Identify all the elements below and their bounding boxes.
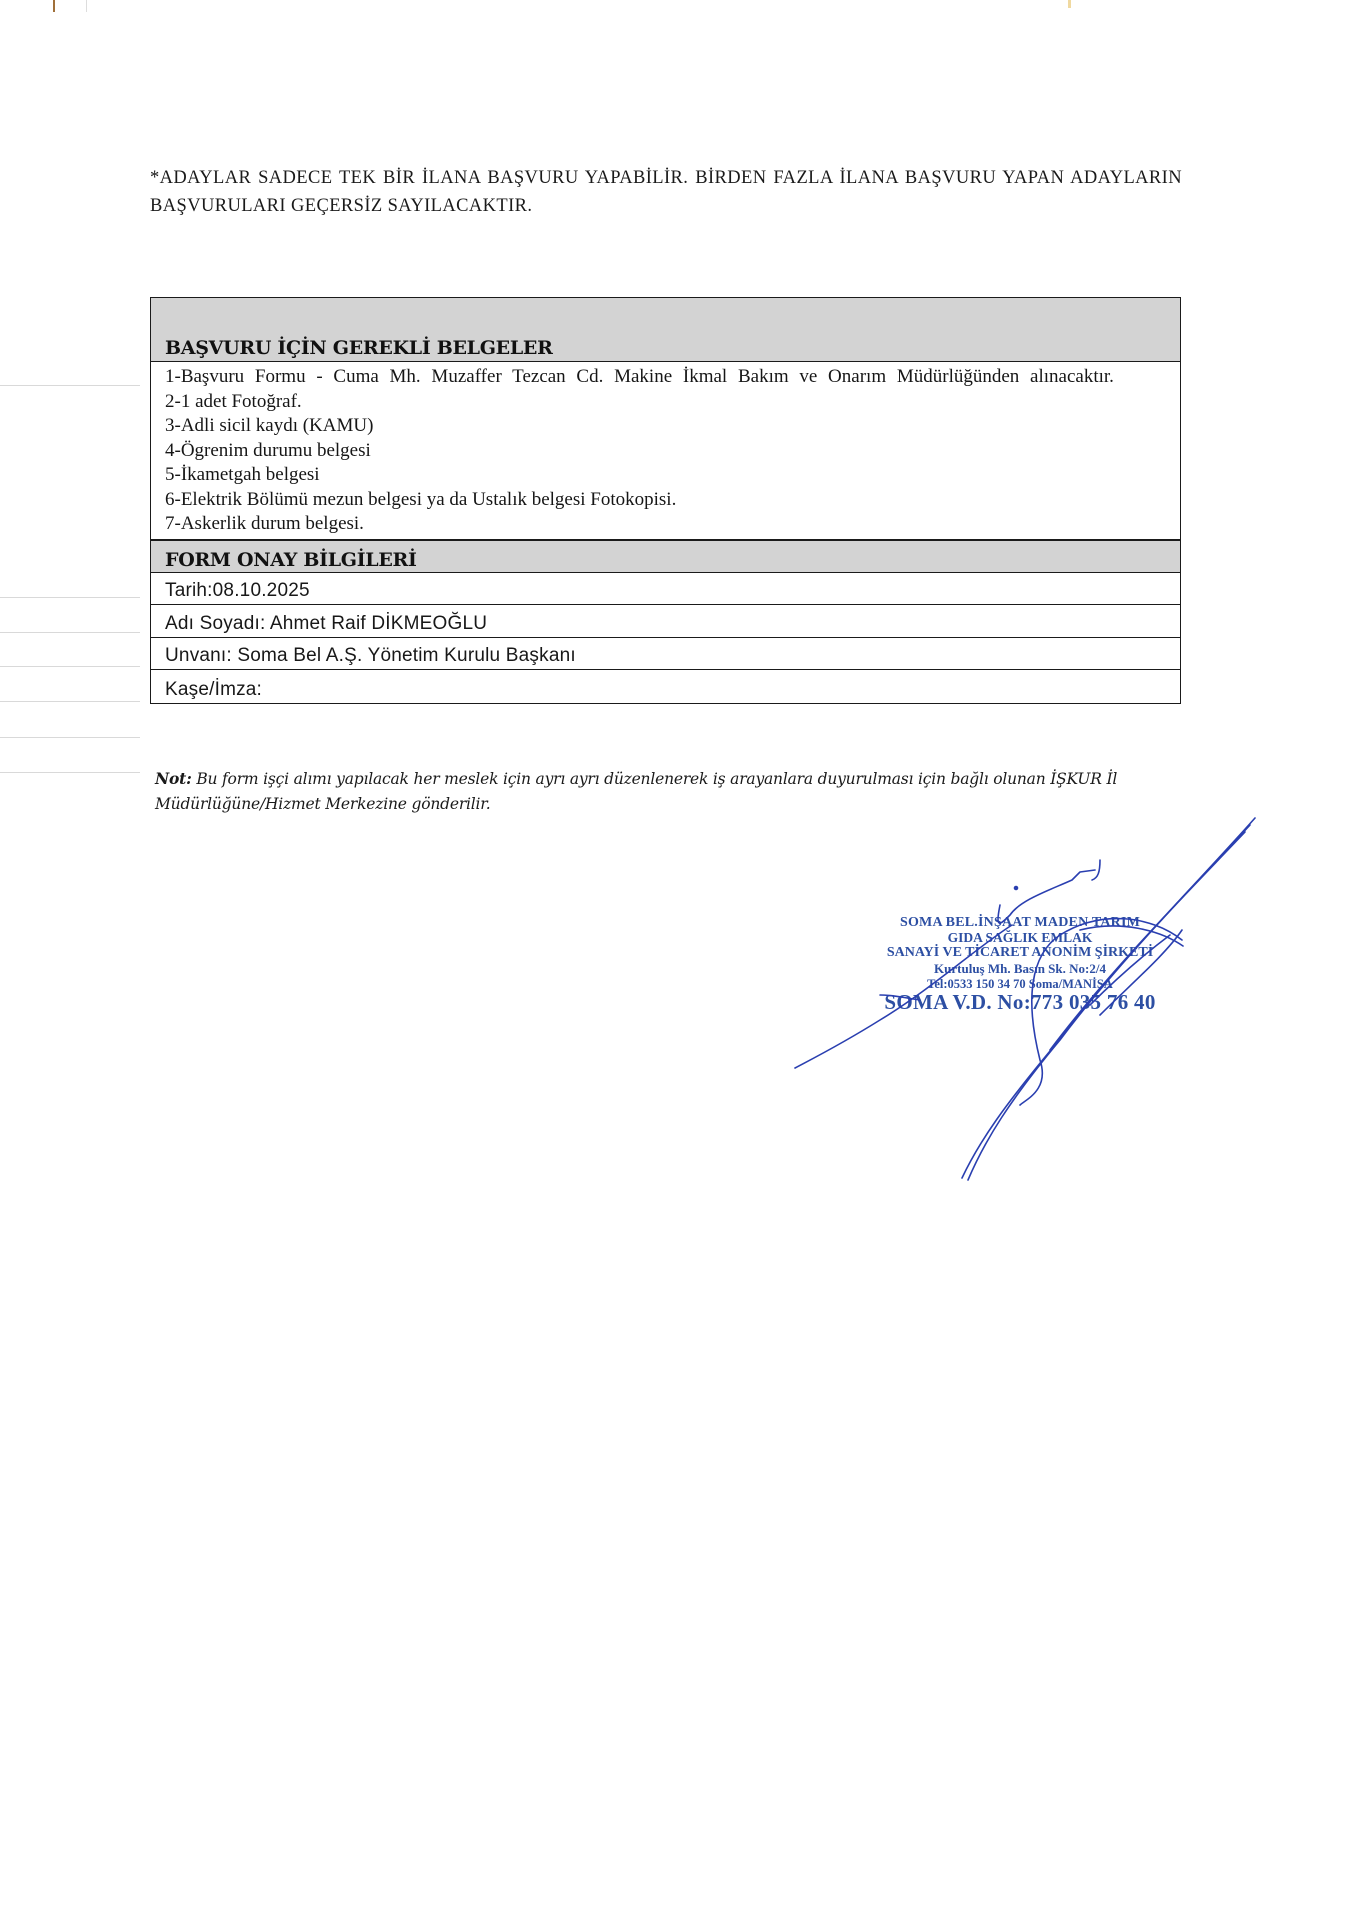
- stamp-line: SOMA BEL.İNŞAAT MADEN TARIM: [855, 916, 1185, 930]
- scan-edge-mark: [86, 0, 87, 12]
- scan-edge-mark: [1068, 0, 1071, 8]
- approval-date: Tarih:08.10.2025: [151, 573, 1180, 606]
- bleed-through-mark: [0, 597, 140, 598]
- stamp-line: GIDA SAĞLIK EMLAK: [855, 931, 1185, 945]
- stamp-line: Kurtuluş Mh. Basın Sk. No:2/4: [855, 962, 1185, 975]
- bleed-through-mark: [0, 385, 140, 386]
- document-item: 7-Askerlik durum belgesi.: [165, 512, 1168, 537]
- bleed-through-mark: [0, 737, 140, 738]
- document-item: 2-1 adet Fotoğraf.: [165, 390, 1168, 415]
- required-documents-list: 1-Başvuru Formu - Cuma Mh. Muzaffer Tezc…: [151, 362, 1180, 539]
- application-notice: *ADAYLAR SADECE TEK BİR İLANA BAŞVURU YA…: [150, 164, 1182, 220]
- footnote-text: Bu form işçi alımı yapılacak her meslek …: [155, 770, 1117, 813]
- required-documents-header: BAŞVURU İÇİN GEREKLİ BELGELER: [151, 298, 1180, 362]
- bleed-through-mark: [0, 701, 140, 702]
- footnote: Not: Bu form işçi alımı yapılacak her me…: [155, 766, 1195, 817]
- requirements-table: BAŞVURU İÇİN GEREKLİ BELGELER 1-Başvuru …: [150, 297, 1181, 704]
- approver-name: Adı Soyadı: Ahmet Raif DİKMEOĞLU: [151, 605, 1180, 638]
- bleed-through-mark: [0, 772, 140, 773]
- approver-title: Unvanı: Soma Bel A.Ş. Yönetim Kurulu Baş…: [151, 638, 1180, 671]
- footnote-label: Not:: [155, 769, 192, 788]
- document-item: 1-Başvuru Formu - Cuma Mh. Muzaffer Tezc…: [165, 365, 1168, 390]
- document-item: 6-Elektrik Bölümü mezun belgesi ya da Us…: [165, 488, 1168, 513]
- stamp-line: SOMA V.D. No:773 035 76 40: [855, 992, 1185, 1013]
- stamp-signature-field: Kaşe/İmza:: [151, 670, 1180, 703]
- form-approval-header: FORM ONAY BİLGİLERİ: [151, 539, 1180, 573]
- company-stamp: SOMA BEL.İNŞAAT MADEN TARIM GIDA SAĞLIK …: [855, 916, 1185, 1013]
- document-item: 3-Adli sicil kaydı (KAMU): [165, 414, 1168, 439]
- stamp-line: Tel:0533 150 34 70 Soma/MANİSA: [855, 978, 1185, 991]
- document-item: 4-Ögrenim durumu belgesi: [165, 439, 1168, 464]
- stamp-line: SANAYİ VE TİCARET ANONİM ŞİRKETİ: [855, 946, 1185, 960]
- scan-edge-mark: [53, 0, 55, 12]
- bleed-through-mark: [0, 632, 140, 633]
- bleed-through-mark: [0, 666, 140, 667]
- document-item: 5-İkametgah belgesi: [165, 463, 1168, 488]
